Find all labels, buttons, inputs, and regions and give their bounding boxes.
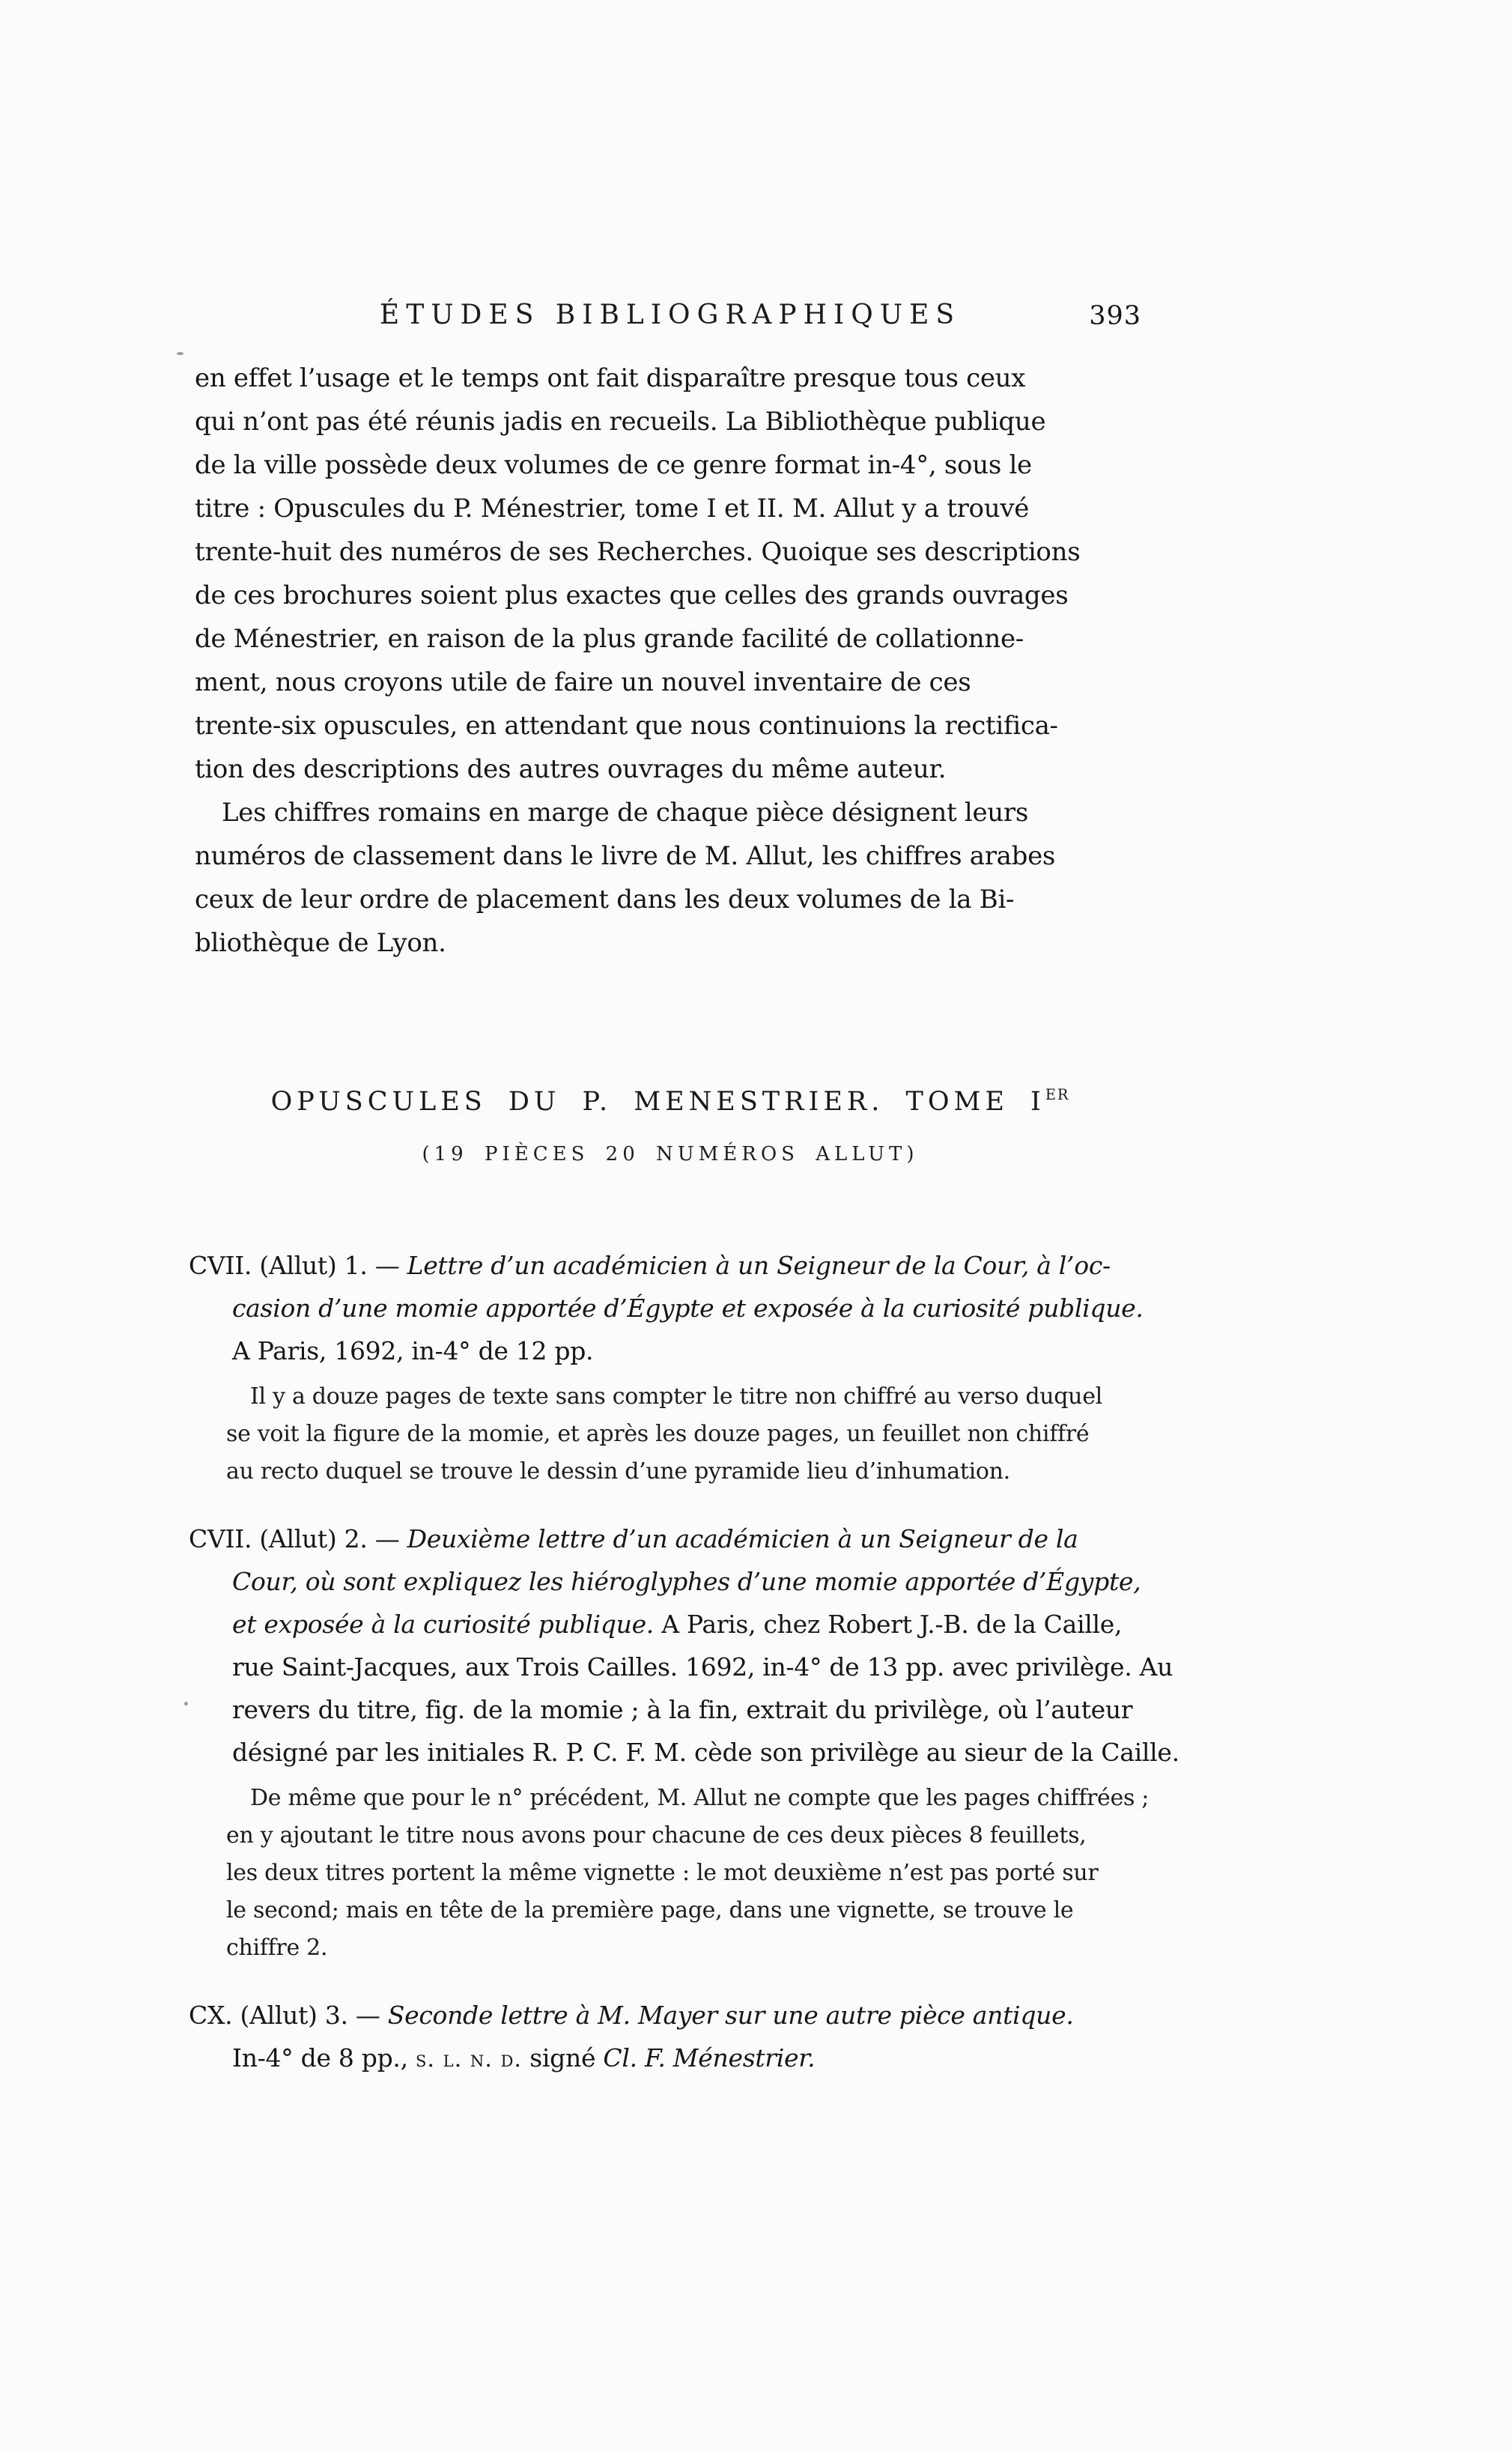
text-line: rue Saint-Jacques, aux Trois Cailles. 16… [195,1646,1146,1688]
text-line: se voit la figure de la momie, et après … [195,1416,1146,1453]
text-segment: se voit la figure de la momie, et après … [226,1421,1089,1447]
text-line: qui n’ont pas été réunis jadis en recuei… [195,400,1146,443]
text-segment: Il y a douze pages de texte sans compter… [250,1383,1102,1410]
text-line: et exposée à la curiosité publique. A Pa… [195,1603,1146,1646]
text-line: CVII. (Allut) 1. — Lettre d’un académici… [189,1244,1146,1287]
text-segment: ment, nous croyons utile de faire un nou… [195,667,971,697]
page-number: 393 [1089,301,1141,331]
entry-note: De même que pour le n° précédent, M. All… [195,1780,1146,1967]
text-line: de Ménestrier, en raison de la plus gran… [195,617,1146,661]
text-segment: trente-six opuscules, en attendant que n… [195,711,1058,741]
text-line: trente-huit des numéros de ses Recherche… [195,530,1146,574]
text-line: CVII. (Allut) 2. — Deuxième lettre d’un … [189,1517,1146,1560]
text-segment: en y ajoutant le titre nous avons pour c… [226,1822,1086,1849]
text-segment: Cl. F. Ménestrier. [603,2043,815,2073]
text-segment: les deux titres portent la même vignette… [226,1860,1098,1886]
text-segment: en effet l’usage et le temps ont fait di… [195,363,1025,393]
section-title-superscript: ER [1045,1086,1070,1103]
text-segment: tion des descriptions des autres ouvrage… [195,754,946,784]
text-segment: A Paris, chez Robert J.-B. de la Caille, [654,1610,1122,1639]
text-segment: de la ville possède deux volumes de ce g… [195,450,1032,480]
section-title: OPUSCULES DU P. MENESTRIER. TOME I [271,1087,1045,1117]
text-line: au recto duquel se trouve le dessin d’un… [195,1453,1146,1491]
text-line: numéros de classement dans le livre de M… [195,834,1146,878]
text-segment: revers du titre, fig. de la momie ; à la… [232,1695,1132,1724]
bibliography-entry: CVII. (Allut) 1. — Lettre d’un académici… [195,1244,1146,1372]
text-column: ÉTUDES BIBLIOGRAPHIQUES 393 en effet l’u… [195,300,1146,2081]
text-line: Les chiffres romains en marge de chaque … [195,791,1146,834]
text-line: les deux titres portent la même vignette… [195,1855,1146,1892]
bibliography-entry: CVII. (Allut) 2. — Deuxième lettre d’un … [195,1517,1146,1774]
text-segment: de Ménestrier, en raison de la plus gran… [195,624,1024,654]
text-line: casion d’une momie apportée d’Égypte et … [195,1287,1146,1329]
text-line: Il y a douze pages de texte sans compter… [195,1378,1146,1416]
text-line: désigné par les initiales R. P. C. F. M.… [195,1731,1146,1774]
text-segment: chiffre 2. [226,1935,327,1961]
text-segment: s. l. n. d. [416,2046,522,2073]
text-segment: De même que pour le n° précédent, M. All… [250,1785,1149,1811]
text-line: ceux de leur ordre de placement dans les… [195,878,1146,921]
bibliography-entries: CVII. (Allut) 1. — Lettre d’un académici… [195,1244,1146,2081]
entry-note: Il y a douze pages de texte sans compter… [195,1378,1146,1491]
running-header-title: ÉTUDES BIBLIOGRAPHIQUES [195,300,1146,330]
text-line: trente-six opuscules, en attendant que n… [195,704,1146,748]
paragraph: en effet l’usage et le temps ont fait di… [195,357,1146,791]
text-segment: numéros de classement dans le livre de M… [195,841,1055,871]
text-segment: CVII. (Allut) 1. — [189,1251,407,1280]
text-line: en effet l’usage et le temps ont fait di… [195,357,1146,400]
text-line: ment, nous croyons utile de faire un nou… [195,661,1146,704]
text-line: titre : Opuscules du P. Ménestrier, tome… [195,487,1146,530]
text-line: en y ajoutant le titre nous avons pour c… [195,1817,1146,1855]
running-header: ÉTUDES BIBLIOGRAPHIQUES 393 [195,300,1146,339]
text-line: De même que pour le n° précédent, M. All… [195,1780,1146,1817]
text-segment: de ces brochures soient plus exactes que… [195,580,1068,610]
text-line: tion des descriptions des autres ouvrage… [195,748,1146,791]
text-segment: au recto duquel se trouve le dessin d’un… [226,1458,1010,1485]
scan-artifact [184,1702,188,1705]
text-segment: casion d’une momie apportée d’Égypte et … [232,1294,1144,1323]
text-line: le second; mais en tête de la première p… [195,1892,1146,1929]
text-line: bliothèque de Lyon. [195,921,1146,965]
text-segment: titre : Opuscules du P. Ménestrier, tome… [195,494,1029,524]
text-segment: désigné par les initiales R. P. C. F. M.… [232,1738,1179,1767]
text-segment: Lettre d’un académicien à un Seigneur de… [407,1251,1111,1280]
scan-artifact [177,352,183,355]
text-segment: CVII. (Allut) 2. — [189,1524,407,1553]
text-line: A Paris, 1692, in-4° de 12 pp. [195,1329,1146,1372]
text-line: chiffre 2. [195,1929,1146,1967]
text-line: Cour, où sont expliquez les hiéroglyphes… [195,1560,1146,1603]
text-segment: CX. (Allut) 3. — [189,2001,388,2030]
text-segment: signé [522,2043,603,2073]
text-line: CX. (Allut) 3. — Seconde lettre à M. May… [189,1994,1146,2037]
text-segment: Deuxième lettre d’un académicien à un Se… [407,1524,1078,1553]
text-segment: In-4° de 8 pp., [232,2043,416,2073]
text-segment: bliothèque de Lyon. [195,928,446,958]
text-segment: rue Saint-Jacques, aux Trois Cailles. 16… [232,1652,1173,1682]
section-heading: OPUSCULES DU P. MENESTRIER. TOME IER [195,1077,1146,1120]
intro-paragraphs: en effet l’usage et le temps ont fait di… [195,357,1146,965]
text-line: de la ville possède deux volumes de ce g… [195,443,1146,487]
section-subtitle: (19 PIÈCES 20 NUMÉROS ALLUT) [195,1139,1146,1169]
text-segment: A Paris, 1692, in-4° de 12 pp. [232,1336,593,1365]
text-line: revers du titre, fig. de la momie ; à la… [195,1688,1146,1731]
text-segment: Cour, où sont expliquez les hiéroglyphes… [232,1567,1141,1596]
text-line: de ces brochures soient plus exactes que… [195,574,1146,617]
text-segment: trente-huit des numéros de ses Recherche… [195,537,1080,567]
text-segment: ceux de leur ordre de placement dans les… [195,885,1014,915]
text-segment: et exposée à la curiosité publique. [232,1610,654,1639]
text-segment: Seconde lettre à M. Mayer sur une autre … [388,2001,1074,2030]
text-line: In-4° de 8 pp., s. l. n. d. signé Cl. F.… [195,2037,1146,2081]
paragraph: Les chiffres romains en marge de chaque … [195,791,1146,965]
text-segment: le second; mais en tête de la première p… [226,1897,1073,1923]
scanned-book-page: ÉTUDES BIBLIOGRAPHIQUES 393 en effet l’u… [0,0,1512,2450]
bibliography-entry: CX. (Allut) 3. — Seconde lettre à M. May… [195,1994,1146,2081]
text-segment: qui n’ont pas été réunis jadis en recuei… [195,407,1045,437]
text-segment: Les chiffres romains en marge de chaque … [222,798,1028,828]
